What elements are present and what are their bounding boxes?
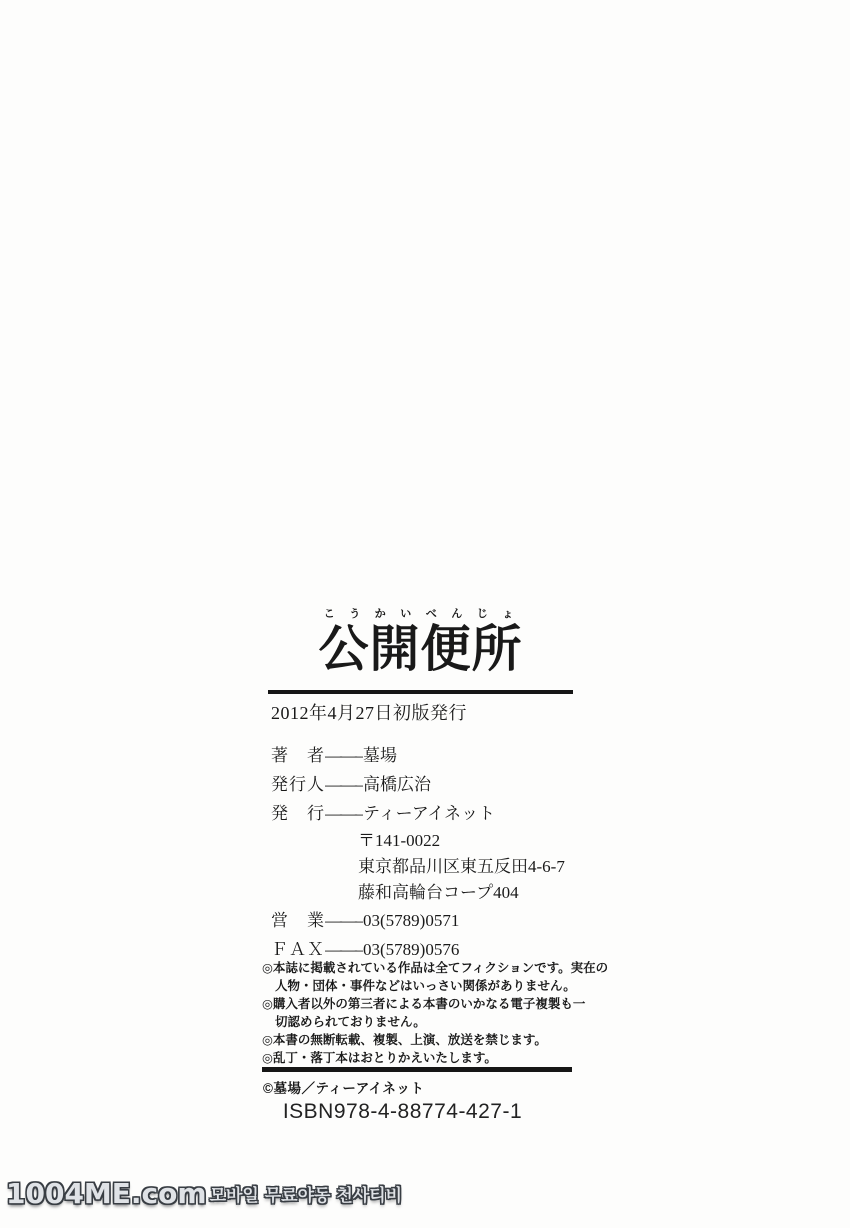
furigana-3: べん <box>421 608 472 622</box>
furigana-2: かい <box>370 608 421 622</box>
note-fiction-line-1: ◎本誌に掲載されている作品は全てフィクションです。実在の <box>262 959 587 977</box>
title-underline-rule <box>268 690 573 694</box>
isbn-number: ISBN978-4-88774-427-1 <box>240 1100 565 1124</box>
fax-label: ＦＡＸ <box>271 940 325 959</box>
edition-date-line: 2012年4月27日初版発行 <box>271 699 467 725</box>
dash-rule: ———— <box>325 770 363 799</box>
publisher-person-name: 高橋広治 <box>363 775 431 794</box>
colophon-block: 著 者————墓場 発行人————高橋広治 発 行————ティーアイネット 〒1… <box>271 741 576 964</box>
sales-label: 営 業 <box>271 911 325 930</box>
sales-phone-row: 営 業————03(5789)0571 <box>271 906 576 935</box>
watermark-brand: 1004ME.com <box>6 1181 207 1207</box>
note-defective-copies: ◎乱丁・落丁本はおとりかえいたします。 <box>262 1049 587 1067</box>
copyright-line: ©墓場／ティーアイネット <box>263 1077 424 1097</box>
publisher-row: 発 行————ティーアイネット <box>271 799 576 828</box>
bottom-rule <box>262 1067 572 1072</box>
watermark-tagline: 모바일 무료야동 천사티비 <box>210 1185 402 1207</box>
furigana-1: こう <box>319 608 370 622</box>
site-watermark: 1004ME.com 모바일 무료야동 천사티비 <box>6 1181 402 1207</box>
publisher-name: ティーアイネット <box>363 804 495 823</box>
postal-code: 〒141-0022 <box>271 828 576 854</box>
note-copy-line-1: ◎購入者以外の第三者による本書のいかなる電子複製も一 <box>262 995 587 1013</box>
dash-rule: ———— <box>325 741 363 770</box>
author-label: 著 者 <box>271 746 325 765</box>
author-row: 著 者————墓場 <box>271 741 576 770</box>
title-char-1: 公こう <box>319 621 370 677</box>
dash-rule: ———— <box>325 799 363 828</box>
address-line-2: 藤和高輪台コープ404 <box>271 880 576 906</box>
publisher-person-row: 発行人————高橋広治 <box>271 770 576 799</box>
title-char-2: 開かい <box>370 621 421 677</box>
disclaimer-notes: ◎本誌に掲載されている作品は全てフィクションです。実在の 人物・団体・事件などは… <box>262 959 587 1067</box>
author-name: 墓場 <box>363 746 397 765</box>
title-char-4: 所じょ <box>472 621 523 677</box>
note-copy-line-2: 切認められておりません。 <box>262 1013 587 1031</box>
note-fiction-line-2: 人物・団体・事件などはいっさい関係がありません。 <box>262 977 587 995</box>
note-reproduction: ◎本書の無断転載、複製、上演、放送を禁じます。 <box>262 1031 587 1049</box>
address-line-1: 東京都品川区東五反田4-6-7 <box>271 854 576 880</box>
sales-phone-number: 03(5789)0571 <box>363 911 459 930</box>
colophon-page: 公こう開かい便べん所じょ 2012年4月27日初版発行 著 者————墓場 発行… <box>0 0 850 1228</box>
publisher-person-label: 発行人 <box>271 775 325 794</box>
dash-rule: ———— <box>325 906 363 935</box>
book-title: 公こう開かい便べん所じょ <box>268 608 573 681</box>
publisher-label: 発 行 <box>271 804 325 823</box>
fax-number: 03(5789)0576 <box>363 940 459 959</box>
title-char-3: 便べん <box>421 621 472 677</box>
furigana-4: じょ <box>472 608 523 622</box>
